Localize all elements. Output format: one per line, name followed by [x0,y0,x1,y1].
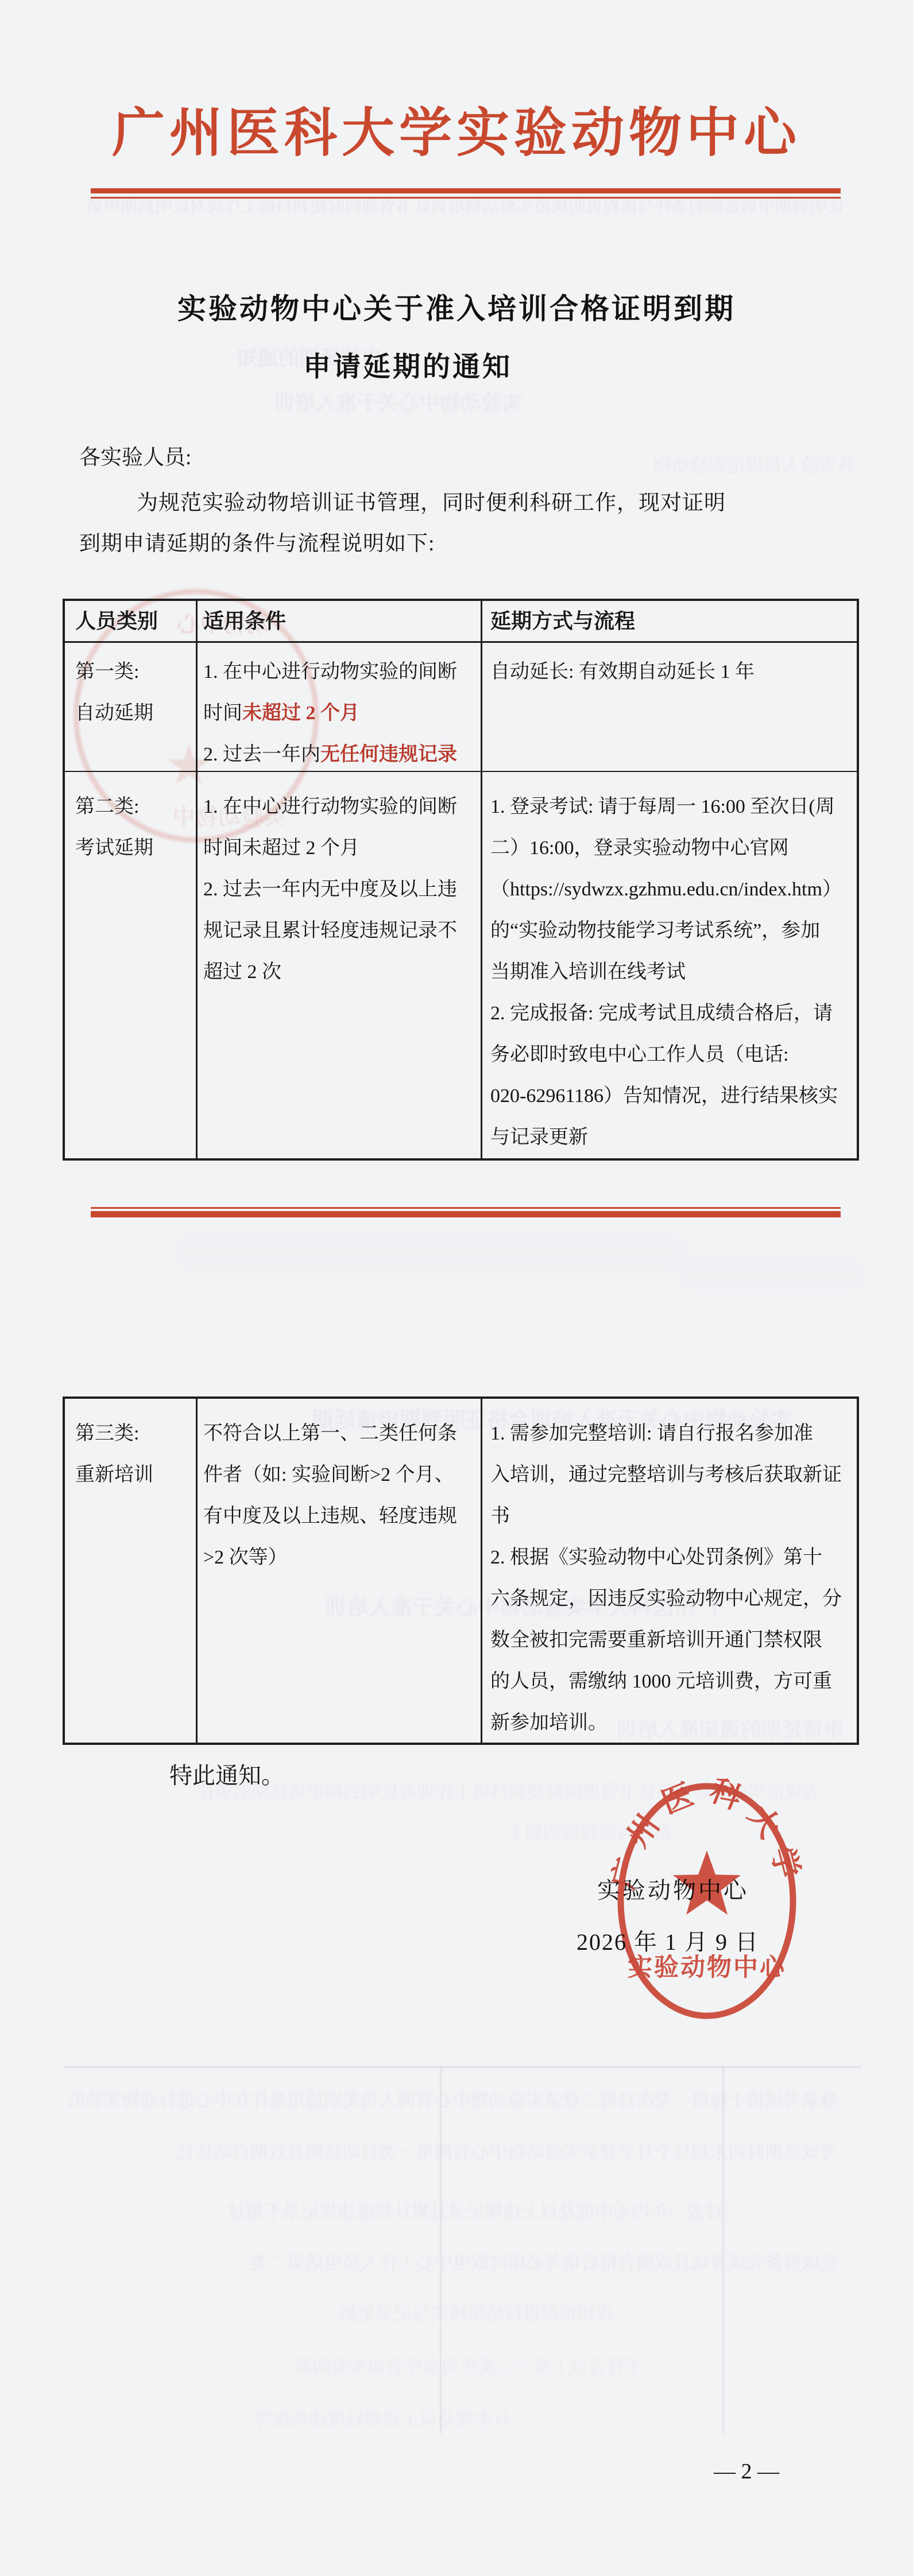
table-text-run: 1. 在中心进行动物实验的间断 [203,796,457,817]
intro-line1: 为规范实验动物培训证书管理，同时便利科研工作，现对证明 [137,485,726,516]
table-cell: 第三类:重新培训 [75,1399,193,1755]
table-header-cell: 人员类别 [75,601,196,641]
table-cell-line: 不符合以上第一、二类任何条 [203,1413,478,1454]
table-column-divider [196,1399,198,1743]
bleedthrough-text: 过去一年内无中度及以上违规记录且累计轻度违规记录不超过 [69,2197,724,2224]
table-cell-line: 自动延长: 有效期自动延长 1 年 [490,651,853,693]
stamp-bottom-text: 实验动物中心 [628,1954,786,1981]
bleedthrough-text: 不符合以上第一二类任何条件者如实验间断 [149,2352,643,2379]
table-cell-line: 1. 在中心进行动物实验的间断 [203,651,478,693]
table-cell-line: 考试延期 [75,828,193,869]
table-text-run: 第一类: [75,661,139,682]
table-cell-line: 新参加培训。 [490,1702,853,1744]
table-cell: 第二类:考试延期 [75,772,193,1171]
table-cell-line: 时间未超过 2 个月 [203,828,478,869]
table-text-run: 六条规定，因违反实验动物中心规定，分 [490,1588,842,1609]
table-text-run: 020-62961186）告知情况，进行结果核实 [490,1085,838,1107]
table-column-divider [481,1399,482,1743]
table-cell-line: >2 次等） [203,1537,478,1578]
table-text-run: 入培训，通过完整培训与考核后获取新证 [490,1464,842,1485]
table-text-run: 自动延长: 有效期自动延长 1 年 [490,661,755,682]
criteria-table-part1: 人员类别适用条件延期方式与流程第一类:自动延期1. 在中心进行动物实验的间断时间… [63,599,859,1161]
table-text-run: 自动延期 [75,703,153,724]
bleedthrough-smudge [678,1257,867,1291]
closing-phrase: 特此通知。 [169,1758,284,1790]
table-text-run: 数全被扣完需要重新培训开通门禁权限 [490,1630,822,1651]
table-cell-line: 1. 需参加完整培训: 请自行报名参加准 [490,1413,853,1454]
table-cell-line: （https://sydwzx.gzhmu.edu.cn/index.htm） [490,869,853,910]
table-text-run: 第三类: [75,1423,139,1444]
intro-line2: 到期申请延期的条件与流程说明如下: [79,526,435,557]
table-text-run: 务必即时致电中心工作人员（电话: [490,1044,788,1065]
table-text-run: 1. 需参加完整培训: 请自行报名参加准 [490,1423,813,1444]
salutation: 各实验人员: [79,440,191,471]
section-rule-thick [91,1211,841,1217]
table-text-run: 的“实验动物技能学习考试系统”，参加 [490,920,820,941]
notice-title-line1: 实验动物中心关于准入培训合格证明到期 [0,286,913,327]
table-text-run: 新参加培训。 [490,1712,608,1733]
table-cell-line: 2. 根据《实验动物中心处罚条例》第十 [490,1537,853,1578]
table-text-run: 超过 2 次 [203,961,281,983]
bleedthrough-text: 登录考试请于每周一至次日周二登录实验动物中心官网人员类别适用条件在中心进行动物实… [69,2086,838,2112]
table-cell-line: 时间未超过 2 个月 [203,693,478,734]
bleedthrough-text: 完成报备完成考试且成绩合格后请务必即时致电中心工作人员电话第二类 [69,2248,838,2274]
notice-title-line2: 申请延期的通知 [0,344,815,384]
table-cell-line: 第二类: [75,786,193,828]
bleedthrough-text: 证明到期申请延期的条件与流程说明规范实验动物培训证书管理同时便利科研工作现对证明… [86,192,844,217]
bleedthrough-text: 各实验人员规范实验动物 [591,451,856,478]
table-cell: 1. 在中心进行动物实验的间断时间未超过 2 个月2. 过去一年内无任何违规记录 [203,643,478,781]
table-text-run: 2. 完成报备: 完成考试且成绩合格后，请 [490,1003,833,1024]
table-cell-line: 二）16:00，登录实验动物中心官网 [490,828,853,869]
table-cell-line: 数全被扣完需要重新培训开通门禁权限 [490,1620,853,1661]
table-cell-line: 2. 过去一年内无中度及以上违 [203,869,478,910]
table-text-run: 件者（如: 实验间断>2 个月、 [203,1464,454,1485]
bleedthrough-text: 告知情况进行结果核实与记录更新 [258,2299,614,2326]
table-text-run: 的人员，需缴纳 1000 元培训费，方可重 [490,1671,832,1692]
table-text-run: 考试延期 [75,837,153,859]
table-text-run: >2 次等） [203,1547,288,1568]
emphasized-red-text: 无任何违规记录 [320,744,457,765]
criteria-table-part2: 第三类:重新培训不符合以上第一、二类任何条件者（如: 实验间断>2 个月、有中度… [63,1396,859,1745]
table-cell-line: 与记录更新 [490,1117,853,1158]
table-cell-line: 第三类: [75,1413,193,1454]
table-cell-line: 入培训，通过完整培训与考核后获取新证 [490,1454,853,1496]
table-cell-line: 件者（如: 实验间断>2 个月、 [203,1454,478,1496]
bleedthrough-text: 有中度及以上违规轻度违规次等 [75,2405,511,2431]
table-column-divider [196,601,198,1158]
table-text-run: 1. 在中心进行动物实验的间断 [203,661,457,682]
table-cell-line: 有中度及以上违规、轻度违规 [203,1496,478,1537]
table-cell-line: 1. 在中心进行动物实验的间断 [203,786,478,828]
stamp-star-icon [673,1850,741,1915]
table-cell: 1. 登录考试: 请于每周一 16:00 至次日(周二）16:00，登录实验动物… [490,772,853,1171]
table-cell-line: 1. 登录考试: 请于每周一 16:00 至次日(周 [490,786,853,828]
table-cell: 1. 需参加完整培训: 请自行报名参加准入培训，通过完整培训与考核后获取新证书2… [490,1399,853,1755]
table-cell: 自动延长: 有效期自动延长 1 年 [490,643,853,781]
bleedthrough-hline [64,2066,861,2068]
letterhead-title: 广州医科大学实验动物中心 [0,107,913,160]
table-cell-line: 2. 完成报备: 完成考试且成绩合格后，请 [490,993,853,1034]
table-text-run: 有中度及以上违规、轻度违规 [203,1506,457,1527]
table-cell-line: 的人员，需缴纳 1000 元培训费，方可重 [490,1661,853,1702]
table-column-divider [481,601,482,1158]
table-text-run: 2. 过去一年内 [203,744,320,765]
table-cell: 1. 在中心进行动物实验的间断时间未超过 2 个月2. 过去一年内无中度及以上违… [203,772,478,1171]
table-cell-line: 超过 2 次 [203,952,478,993]
official-stamp: 广州医科大学 实验动物中心 [611,1777,803,2025]
table-cell-line: 2. 过去一年内无任何违规记录 [203,734,478,775]
table-cell-line: 六条规定，因违反实验动物中心规定，分 [490,1578,853,1620]
table-text-run: 当期准入培训在线考试 [490,961,686,983]
table-cell-line: 务必即时致电中心工作人员（电话: [490,1034,853,1076]
table-header-cell: 适用条件 [203,601,481,641]
bleedthrough-smudge [172,1234,689,1271]
bleedthrough-text: 实验动物中心关于准入培训 [121,387,523,416]
table-text-run: 与记录更新 [490,1127,588,1148]
table-text-run: 2. 根据《实验动物中心处罚条例》第十 [490,1547,822,1568]
table-cell-line: 自动延期 [75,693,193,734]
table-cell: 不符合以上第一、二类任何条件者（如: 实验间断>2 个月、有中度及以上违规、轻度… [203,1399,478,1755]
table-cell-line: 020-62961186）告知情况，进行结果核实 [490,1076,853,1117]
table-text-run: 书 [490,1506,510,1527]
table-cell-line: 书 [490,1496,853,1537]
letterhead-rule-thick [91,188,841,193]
table-cell-line: 规记录且累计轻度违规记录不 [203,910,478,952]
table-text-run: 重新培训 [75,1464,153,1485]
table-cell-line: 第一类: [75,651,193,693]
bleedthrough-text: 考试延期时间未超过个月至登录实验动物中心官网第一类自动延期有效期自动延长 [69,2137,838,2164]
table-text-run: （https://sydwzx.gzhmu.edu.cn/index.htm） [490,879,842,900]
table-text-run: 第二类: [75,796,139,817]
table-text-run: 2. 过去一年内无中度及以上违 [203,879,457,900]
table-text-run: 1. 登录考试: 请于每周一 16:00 至次日(周 [490,796,835,817]
table-cell-line: 当期准入培训在线考试 [490,952,853,993]
section-rule-thin [91,1207,841,1209]
table-text-run: 时间未超过 2 个月 [203,837,359,859]
table-text-run: 二）16:00，登录实验动物中心官网 [490,837,788,859]
table-text-run: 不符合以上第一、二类任何条 [203,1423,457,1444]
table-text-run: 规记录且累计轻度违规记录不 [203,920,457,941]
table-cell-line: 重新培训 [75,1454,193,1496]
scanned-notice-page: 证明到期申请延期的条件与流程说明规范实验动物培训证书管理同时便利科研工作现对证明… [0,0,913,2576]
emphasized-red-text: 未超过 2 个月 [242,703,359,724]
table-cell-line: 的“实验动物技能学习考试系统”，参加 [490,910,853,952]
page-number: — 2 — [672,2459,821,2484]
table-header-cell: 延期方式与流程 [490,601,857,641]
table-cell: 第一类:自动延期 [75,643,193,781]
letterhead-rule-thin [91,197,841,199]
table-text-run: 时间 [203,703,242,724]
